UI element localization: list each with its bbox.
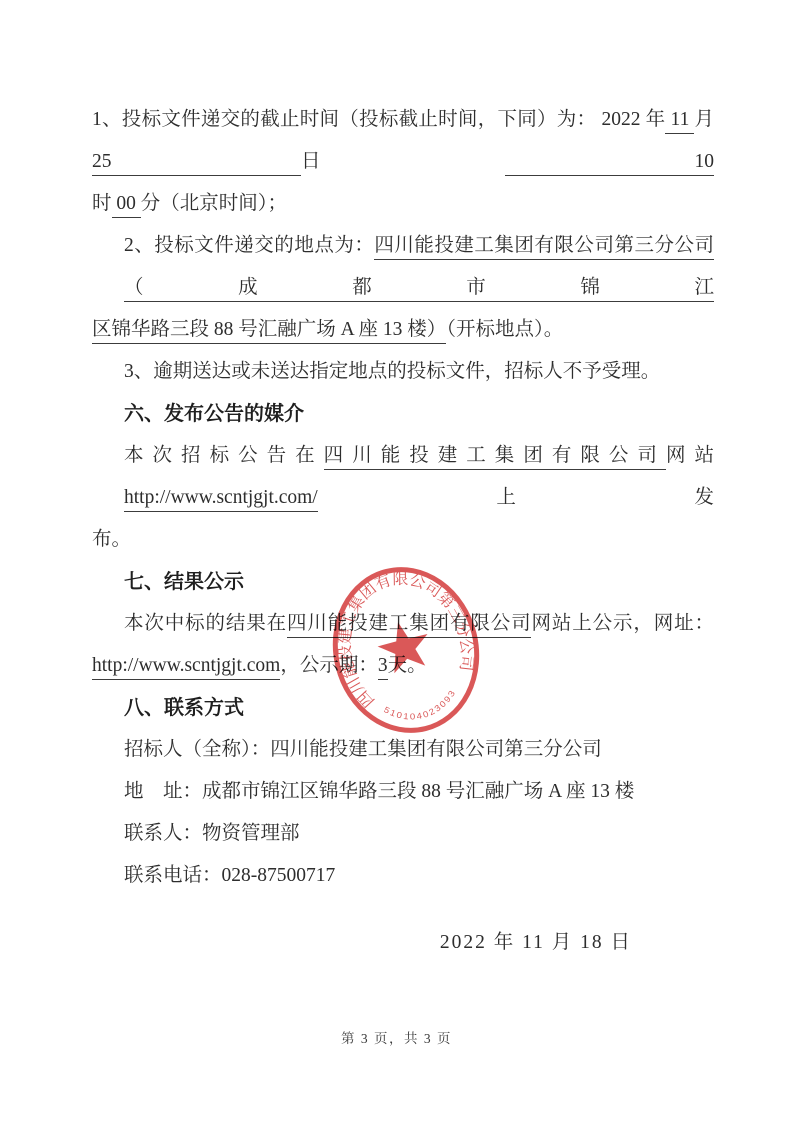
underlined-value: 11 — [665, 109, 694, 134]
contact-person: 联系人：物资管理部 — [92, 813, 714, 855]
text-segment: 地 址：成都市锦江区锦华路三段 88 号汇融广场 A 座 13 楼 — [124, 781, 634, 802]
contact-phone: 联系电话：028-87500717 — [92, 855, 714, 897]
text-segment: 月 — [694, 109, 714, 130]
underlined-value: 区锦华路三段 88 号汇融广场 A 座 13 楼） — [92, 319, 446, 344]
text-segment: 2022 年 11 月 18 日 — [440, 932, 632, 953]
url-link[interactable]: http://www.scntjgjt.com/ — [124, 487, 318, 512]
text-segment: 布。 — [92, 529, 131, 550]
clause-2-location-line-2: 区锦华路三段 88 号汇融广场 A 座 13 楼）（开标地点）。 — [92, 309, 714, 351]
text-segment: 天。 — [388, 655, 427, 676]
section-6-body-line-2: 布。 — [92, 519, 714, 561]
text-segment: 上发 — [318, 487, 714, 508]
text-segment: 六、发布公告的媒介 — [124, 403, 304, 425]
underlined-value: 3 — [378, 655, 388, 680]
section-7-heading: 七、结果公示 — [92, 561, 714, 603]
text-segment: 招标人（全称）：四川能投建工集团有限公司第三分公司 — [124, 739, 602, 760]
text-segment: 分（北京时间）； — [141, 193, 287, 214]
underlined-value: 10 — [505, 151, 714, 176]
text-segment: （开标地点）。 — [446, 319, 563, 340]
section-7-body-line-1: 本次中标的结果在四川能投建工集团有限公司网站上公示，网址： — [92, 603, 714, 645]
text-segment: 2、投标文件递交的地点为： — [124, 235, 374, 256]
text-segment: 本次招标公告在 — [124, 445, 324, 466]
document-page: 1、投标文件递交的截止时间（投标截止时间，下同）为： 2022 年 11 月 2… — [0, 0, 793, 1123]
text-segment: 日 — [301, 151, 505, 172]
clause-3-overdue: 3、逾期送达或未送达指定地点的投标文件，招标人不予受理。 — [92, 351, 714, 393]
text-segment: 网站 — [666, 445, 714, 466]
contact-tenderer: 招标人（全称）：四川能投建工集团有限公司第三分公司 — [92, 729, 714, 771]
url-link[interactable]: http://www.scntjgjt.com — [92, 655, 280, 680]
text-segment: 时 — [92, 193, 112, 214]
text-segment: 本次中标的结果在 — [124, 613, 287, 634]
text-segment: ，公示期： — [280, 655, 378, 676]
clause-1-deadline-line-1: 1、投标文件递交的截止时间（投标截止时间，下同）为： 2022 年 11 月 2… — [92, 99, 714, 183]
underlined-value: 00 — [112, 193, 141, 218]
page-footer: 第 3 页，共 3 页 — [0, 1027, 793, 1047]
clause-2-location-line-1: 2、投标文件递交的地点为：四川能投建工集团有限公司第三分公司（成都市锦江 — [92, 225, 714, 309]
text-segment: 3、逾期送达或未送达指定地点的投标文件，招标人不予受理。 — [124, 361, 660, 382]
text-segment: 联系人：物资管理部 — [124, 823, 300, 844]
text-segment: 1、投标文件递交的截止时间（投标截止时间，下同）为： 2022 年 — [92, 109, 665, 130]
text-segment: 联系电话：028-87500717 — [124, 865, 335, 886]
text-segment: 七、结果公示 — [124, 571, 244, 593]
signature-date: 2022 年 11 月 18 日 — [92, 922, 714, 964]
document-body: 1、投标文件递交的截止时间（投标截止时间，下同）为： 2022 年 11 月 2… — [0, 0, 793, 964]
section-6-heading: 六、发布公告的媒介 — [92, 393, 714, 435]
text-segment: 网站上公示，网址： — [531, 613, 714, 634]
underlined-value: 25 — [92, 151, 301, 176]
contact-address: 地 址：成都市锦江区锦华路三段 88 号汇融广场 A 座 13 楼 — [92, 771, 714, 813]
underlined-value: 四川能投建工集团有限公司 — [324, 445, 666, 470]
section-8-heading: 八、联系方式 — [92, 687, 714, 729]
underlined-value: 四川能投建工集团有限公司 — [287, 613, 531, 638]
section-6-body-line-1: 本次招标公告在四川能投建工集团有限公司网站 http://www.scntjgj… — [92, 435, 714, 519]
section-7-body-line-2: http://www.scntjgjt.com，公示期：3天。 — [92, 645, 714, 687]
clause-1-deadline-line-2: 时 00 分（北京时间）； — [92, 183, 714, 225]
text-segment: 八、联系方式 — [124, 697, 244, 719]
